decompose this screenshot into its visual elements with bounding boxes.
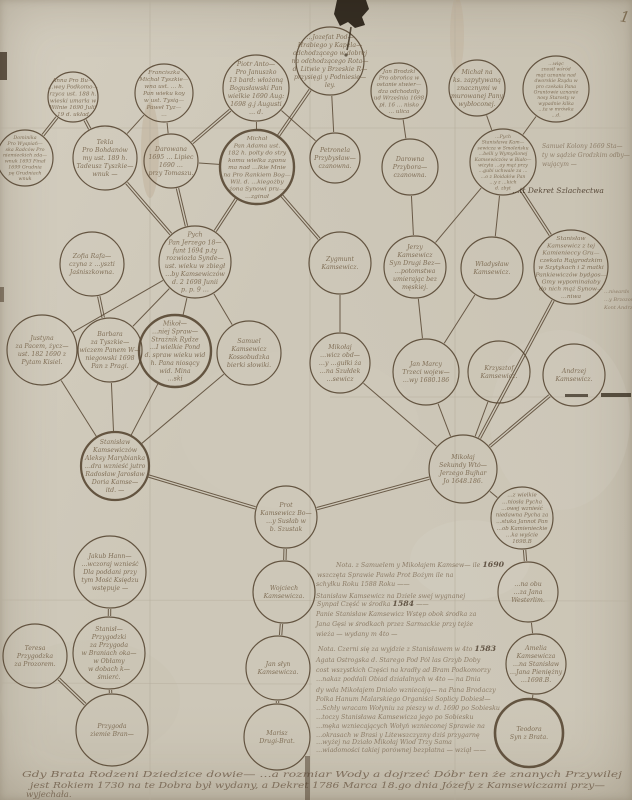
- paragraph-line: dy wda Mikołajem Dniało wzniecają— na Pa…: [316, 687, 496, 694]
- person-text-line: …y Susłab w: [266, 518, 307, 525]
- person-text-line: …owej wznieść: [501, 505, 544, 512]
- double-kinship-line: [42, 117, 56, 135]
- family-tree-diagram: Anna Pro Bu—…wey Podkomo—rzyca ust. 188 …: [0, 0, 632, 800]
- person-node-n15: Zofia Rafa—czyna z …ysztiJaśniszkowna.: [60, 232, 124, 296]
- person-node-n12: PetronelaPrzybysław—czanowna.: [310, 133, 360, 183]
- person-text-line: Pro Wyspiań—: [6, 140, 42, 147]
- margin-note-line: …tt Dekret Szlachectwa: [512, 186, 604, 195]
- person-text-line: odchodzącego w dobrej: [293, 50, 367, 57]
- person-text-line: h. Pana niosący: [151, 360, 200, 367]
- person-text-line: 1699 Grudnia: [8, 164, 42, 170]
- double-kinship-line: [44, 118, 58, 136]
- person-text-line: …: [161, 112, 167, 118]
- person-text-line: ust. wieku w zbiegł: [165, 263, 226, 270]
- person-text-line: Pankiewiczów bydgos—: [534, 271, 606, 278]
- person-node-n35: …z wielkie…niosła Pycha…owej wznieśćnied…: [491, 487, 553, 549]
- person-text-line: pę Grudniach: [9, 170, 42, 176]
- person-text-line: b. Szustak: [270, 526, 303, 533]
- kinship-line: [403, 120, 406, 139]
- person-text-line: d. spraw wieku wid: [145, 352, 206, 359]
- person-text-line: 19 d. układ: [57, 112, 89, 118]
- person-text-line: Kamsewicz Bo—: [259, 510, 311, 517]
- genealogy-manuscript-page: Anna Pro Bu—…wey Podkomo—rzyca ust. 188 …: [0, 0, 632, 800]
- person-node-n11: MichałPan Adama ust.182 h. polty do stry…: [220, 130, 294, 204]
- paragraph-line: Panie Stanisław Kamsewicz Wstęp obok śro…: [315, 611, 477, 618]
- person-text-line: Pro Januszko: [235, 69, 277, 76]
- person-text-line: Marisz: [265, 730, 288, 737]
- person-node-n8: DominikaPro Wyspiań—ska Radców Proniemie…: [0, 130, 53, 186]
- person-text-line: Justyna: [28, 335, 54, 342]
- paragraph-line: …wyżej na Działo Mikołaj Wiod Trzy Sama: [316, 739, 452, 746]
- person-text-line: Syn Drugi Bez—: [389, 260, 440, 267]
- person-text-line: Prot: [278, 502, 293, 509]
- kinship-line: [61, 380, 96, 436]
- paragraph-line: …męka wzniecających Wołyń wznieconej Spr…: [316, 723, 485, 730]
- person-text-line: Pan Jerzego 18—: [167, 239, 221, 246]
- margin-note-line: ty w sądzie Grodzkim odby—: [542, 152, 630, 159]
- paragraph-line: Nota. z Samuelem y Mikołajem Kamsew— ile…: [335, 560, 505, 569]
- person-text-line: 1698 g.j Augusti: [230, 101, 282, 108]
- person-text-line: Barbara: [96, 331, 123, 338]
- person-node-n29: StanisławKamsewiczówAleksy Marybianka…dr…: [81, 432, 149, 500]
- person-text-line: ust. 182 1690 z: [18, 351, 67, 358]
- person-text-line: …ka wyście: [506, 531, 538, 538]
- person-text-line: …wy 1680.186: [403, 377, 450, 384]
- kinship-line: [418, 299, 422, 338]
- paragraph-line: …nakaz poddali Obiad działalnych w 4to —…: [316, 676, 481, 683]
- paragraph-line: Jana Gęsi w środkach przez Sarmackie prz…: [314, 621, 473, 628]
- person-text-line: …d.: [551, 112, 561, 118]
- kinship-line: [127, 115, 144, 133]
- person-node-n18: JerzyKamsewiczSyn Drugi Bez—…potomstwaum…: [384, 236, 446, 298]
- paragraph-line: Agata Ostrogska d. Starego Pod Pól las G…: [315, 657, 481, 664]
- person-text-line: …potomstwa: [395, 268, 436, 275]
- person-text-line: …za Jana: [514, 589, 543, 596]
- person-text-line: Pytam Kisiel.: [20, 359, 62, 366]
- person-node-n16: PychPan Jerzego 18—funt 1694 p.tyrozwioz…: [159, 226, 231, 298]
- kinship-line: [495, 196, 499, 236]
- person-node-n19: WładysławKamsewicz.: [461, 237, 523, 299]
- person-text-line: na odchodzącego Rota—: [292, 58, 369, 65]
- page-number: 1: [619, 7, 632, 26]
- paragraph-line: wieża — wydany m 4to —: [316, 631, 398, 638]
- person-text-line: niegowski 1698: [85, 355, 134, 362]
- person-text-line: Dla poddani przy: [82, 569, 137, 576]
- person-text-line: dworskie Rządu w: [534, 78, 577, 84]
- person-text-line: wielkie 1690 Aug:: [228, 93, 285, 100]
- paragraph-line: Synpał Część w środka 1584 ——: [317, 599, 429, 608]
- double-kinship-line: [522, 190, 551, 235]
- person-text-line: Pan Adama ust.: [233, 143, 281, 149]
- margin-note-line: Samuel Kolony 1669 Sta—: [542, 143, 623, 150]
- person-text-line: Michał: [246, 136, 268, 142]
- person-text-line: d. Litwie y Brzeskie R—: [293, 66, 368, 73]
- margin-note-line: wującym —: [542, 161, 577, 168]
- person-text-line: niemieckich zda—: [3, 153, 47, 159]
- person-node-n32: WojciechKamsewicza.: [253, 561, 315, 623]
- person-node-n10: Darowana1695 … Lipiec1690 …przy Tomaszu.: [144, 134, 198, 188]
- person-text-line: Jerzego Bujhar: [438, 470, 488, 477]
- person-text-line: Kamsewicz.: [473, 269, 511, 276]
- person-text-line: komu wielka zgonu: [228, 158, 286, 164]
- person-text-line: Michał na: [460, 69, 492, 76]
- person-text-line: Anna Pro Bu—: [51, 78, 94, 84]
- person-text-line: …ski: [167, 376, 182, 383]
- paragraph-line: …toczy Stanisława Kamsewicza jego po Sob…: [316, 714, 474, 721]
- person-text-line: ma nad …lkie Mnie: [228, 165, 286, 171]
- kinship-line: [438, 404, 450, 437]
- person-text-line: Teresa: [25, 645, 46, 652]
- person-node-n17: ZygmuntKamsewicz.: [309, 232, 371, 294]
- person-text-line: w Braniach oka—: [82, 650, 137, 657]
- kinship-line: [332, 96, 334, 132]
- person-text-line: znacznymi w: [456, 85, 498, 92]
- person-text-line: rozwiozła Synde—: [166, 255, 223, 262]
- person-text-line: Kamsewicza.: [263, 593, 305, 600]
- kinship-line: [523, 117, 536, 135]
- person-node-n5: Jan BrodzkiPro obrońca wostanie stwier—d…: [371, 63, 427, 119]
- person-text-line: …niej Spraw—: [152, 328, 198, 335]
- person-text-line: Darowna: [395, 156, 425, 163]
- person-text-line: Jo 1648.186.: [441, 478, 483, 485]
- person-text-line: do nich mąż Synow—: [539, 287, 603, 293]
- paragraph-line: wyjechała.: [26, 790, 72, 800]
- person-text-line: za Tyszkie—: [90, 339, 130, 346]
- paragraph-line: …okrasach w Brasi y Litewszczyzny dziś p…: [316, 732, 480, 739]
- person-text-line: …I wielkie Pond: [150, 344, 200, 351]
- person-text-line: Franciszka: [147, 70, 180, 76]
- person-node-n21: Justynaza Pacem, życz—ust. 182 1690 zPyt…: [7, 315, 77, 385]
- paragraph-line: Stanisław Kamsewicz na Dziele swej wygna…: [316, 593, 465, 600]
- person-text-line: Przybysław—: [313, 155, 356, 162]
- person-text-line: Darowana: [154, 146, 187, 153]
- person-text-line: Drugi-Brat.: [258, 738, 295, 745]
- person-text-line: ziemie Bran—: [89, 731, 134, 738]
- person-text-line: Kamsewicza: [516, 653, 556, 660]
- person-text-line: w Obłamy: [93, 658, 125, 665]
- person-text-line: Zofia Rafa—: [72, 253, 111, 260]
- person-text-line: dza odchodziły: [378, 89, 420, 95]
- person-text-line: wizyta …ay mąż przy: [478, 162, 528, 168]
- person-text-line: mąż uznania nad: [536, 72, 576, 78]
- kinship-line: [111, 383, 113, 431]
- person-text-line: Hrabiego y Kapela—: [297, 42, 363, 49]
- person-text-line: Jan Brodzki: [382, 69, 416, 75]
- person-text-line: Kamsewicz: [230, 346, 267, 353]
- person-text-line: Kossobudzka: [228, 354, 270, 361]
- person-node-n13: DarownaPrzybora—czanowna.: [382, 139, 438, 195]
- double-kinship-line: [281, 197, 318, 240]
- person-node-n41: Stanisł—Przygodzkiza Przygodaw Braniach …: [73, 617, 145, 689]
- person-text-line: czanowna.: [318, 163, 351, 170]
- double-kinship-line: [282, 624, 283, 635]
- person-text-line: p. p. 9 …: [181, 287, 209, 294]
- person-text-line: …ta w mrówka: [538, 106, 574, 113]
- double-kinship-line: [214, 198, 235, 230]
- kinship-line: [444, 295, 475, 343]
- person-text-line: Przygodzka: [16, 653, 54, 660]
- person-text-line: ks. zapytywaną: [453, 77, 501, 84]
- person-node-n9: TeklaPro Bohdanówmy ust. 189 h.Tadeusz T…: [73, 126, 137, 190]
- footer-paragraph: Gdy Brata Rodzeni Dziedzice dowie— …a ro…: [22, 769, 623, 800]
- person-text-line: wybłoconej.: [458, 101, 495, 108]
- person-text-line: …zginał: [245, 194, 269, 200]
- kinship-line: [214, 294, 232, 325]
- person-text-line: wnuk 1693 Finał: [5, 159, 46, 165]
- person-text-line: …1698.B.: [521, 677, 551, 684]
- person-text-line: Przygodzki: [91, 634, 127, 641]
- margin-note-line: …niwards: [604, 289, 630, 295]
- person-text-line: …na obu: [514, 581, 542, 588]
- person-node-n6: Michał naks. zapytywanąznacznymi wmurowa…: [449, 60, 505, 116]
- person-node-n7: …więcznosił wśródmąż uznania naddworskie…: [523, 56, 589, 122]
- person-text-line: wnuk —: [92, 171, 117, 178]
- person-text-line: Sekundy Wtó—: [439, 462, 487, 469]
- person-text-line: d. zbyt: [495, 185, 511, 191]
- person-text-line: murowanej Pany: [451, 93, 504, 100]
- person-text-line: …stuka Jannot Pan: [496, 519, 548, 525]
- person-text-line: tym Mość Księdzu: [81, 577, 138, 584]
- double-kinship-line: [191, 109, 229, 142]
- person-text-line: Samuel: [237, 338, 260, 345]
- person-node-n36: …na obu…za JanaWesterlim.: [498, 562, 558, 622]
- person-node-n33: Jan słynKamsewicza.: [246, 636, 310, 700]
- person-text-line: Pan wieku koy: [142, 91, 186, 97]
- paragraph-line: schyłku Roku 1588 Roku ——: [316, 581, 410, 588]
- person-text-line: Aleksy Marybianka: [84, 455, 145, 462]
- person-text-line: za Pacem, życz—: [14, 343, 68, 350]
- person-text-line: Gruntowie uznanie: [534, 89, 579, 95]
- person-node-n37: AmeliaKamsewicza…na Stanisław…Jana Pieni…: [506, 634, 566, 694]
- kinship-line: [167, 123, 168, 133]
- person-text-line: nosy Starosty w: [537, 95, 575, 101]
- person-text-line: …o z Boidałów Pan: [481, 173, 526, 180]
- person-text-line: …Pych: [495, 134, 511, 140]
- person-text-line: Kamsewiczów: [92, 447, 138, 454]
- person-text-line: Pro Bohdanów: [81, 147, 128, 154]
- person-text-line: ud Września 1698: [374, 95, 425, 102]
- paragraph-line: …Schły wracam Wołyniu za pieszy w d. 169…: [316, 705, 500, 712]
- person-text-line: za Prozorem.: [13, 661, 55, 668]
- person-node-n23: Mikoł—…niej Spraw—Strażnik Rydze…I wielk…: [139, 315, 211, 387]
- person-text-line: wnuk: [18, 176, 31, 182]
- person-node-n30: MikołajSekundy Wtó—Jerzego BujharJo 1648…: [429, 435, 497, 503]
- person-text-line: Strażnik Rydze: [151, 336, 199, 343]
- person-text-line: czekała Rajgrodzkim: [540, 258, 603, 264]
- person-text-line: …Jozefat Pod—: [306, 34, 354, 41]
- person-text-line: Jan Marcy: [408, 361, 443, 368]
- person-text-line: wstępuje —: [92, 585, 128, 592]
- margin-note-line: Kont Andrzej: [603, 305, 632, 311]
- person-text-line: d. 2 1698 Junii: [172, 279, 218, 286]
- person-text-line: 1695 … Lipiec: [148, 154, 194, 161]
- person-text-line: Andrzej: [561, 368, 586, 375]
- person-text-line: Stanisław: [100, 439, 131, 446]
- person-text-line: … d.: [249, 109, 263, 116]
- paragraph-line: cost wszystkich Części na kradły ad Bram…: [316, 667, 491, 674]
- paragraph-line: …wiadomości takiej porównej bezpłatna — …: [316, 747, 487, 754]
- person-text-line: przy Tomaszu.: [149, 170, 194, 177]
- margin-note-line: …y Brzozow: [604, 297, 632, 303]
- double-kinship-line: [179, 188, 188, 226]
- person-text-line: Wil. d. …kiegożby: [230, 180, 284, 186]
- person-text-line: Gmy wypominałaby: [542, 280, 601, 286]
- person-text-line: …wczoraj wznieść: [81, 561, 139, 568]
- kinship-line: [436, 188, 482, 242]
- person-node-n39: Jakub Hann—…wczoraj wznieśćDla poddani p…: [74, 536, 146, 608]
- person-text-line: Jan słyn: [264, 661, 291, 668]
- person-text-line: itd. —: [106, 487, 125, 494]
- person-node-n1: Anna Pro Bu—…wey Podkomo—rzyca ust. 188 …: [48, 72, 99, 122]
- person-text-line: czyna z …yszti: [69, 261, 115, 268]
- person-text-line: żona Synowi pru—: [228, 187, 285, 193]
- person-text-line: Wojciech: [270, 585, 298, 592]
- person-text-line: śmierć.: [97, 674, 120, 681]
- person-text-line: męskiej.: [402, 284, 428, 291]
- person-text-line: Doria Kamse—: [91, 479, 138, 486]
- person-text-line: Kamsewicz.: [480, 373, 518, 380]
- person-text-line: Teodora: [516, 726, 542, 733]
- person-text-line: wypadnie kilka: [538, 101, 574, 107]
- person-text-line: za Przygoda: [89, 642, 128, 649]
- person-text-line: Dominika: [12, 135, 36, 141]
- person-text-line: niedawna Pycha za: [496, 513, 549, 519]
- person-text-line: Radosław Jarosław: [84, 471, 145, 478]
- person-node-n26: Jan MarcyTrzeci wojew—…wy 1680.186: [393, 339, 459, 405]
- person-text-line: Mikoł—: [162, 321, 187, 328]
- person-text-line: wiczem Panem W—: [79, 347, 140, 354]
- person-text-line: Zygmunt: [325, 256, 355, 263]
- person-text-line: ostanie stwier—: [377, 82, 422, 88]
- person-text-line: w dobach k—: [88, 666, 130, 673]
- kinship-line: [199, 163, 219, 164]
- person-text-line: Petronela: [319, 147, 350, 154]
- person-text-line: Stanisł—: [95, 626, 123, 633]
- person-text-line: pł. 16 … nisko: [379, 102, 419, 108]
- double-kinship-line: [283, 195, 320, 238]
- person-text-line: 182 h. polty do stry: [228, 151, 287, 157]
- person-node-n20: StanisławKamsewicz z tejKamienieccy Gru—…: [534, 230, 608, 304]
- double-kinship-line: [193, 111, 231, 144]
- person-text-line: …na Stanisław: [513, 661, 560, 668]
- person-text-line: Pan z Pragi.: [90, 363, 129, 370]
- person-text-line: Stanisław: [556, 236, 585, 242]
- person-text-line: 1690 …: [159, 162, 183, 169]
- person-text-line: Mikołaj: [327, 344, 351, 351]
- kinship-line: [183, 298, 187, 315]
- person-text-line: Michał Tyszkie—: [138, 77, 188, 83]
- person-text-line: …dra wznieść jutro: [85, 463, 146, 470]
- person-text-line: Amelia: [524, 645, 547, 652]
- person-text-line: Wilnie 1690 Julii: [50, 105, 97, 111]
- paragraph-line: jest Rokiem 1730 na te Dobra był wydany,…: [27, 780, 605, 791]
- person-text-line: 1698.B: [512, 539, 532, 545]
- person-text-line: rzyca ust. 188 h.: [49, 92, 96, 98]
- person-text-line: …Jana Pieniężny: [510, 669, 563, 676]
- person-text-line: Kamsewicz.: [321, 264, 359, 271]
- kinship-line: [531, 623, 532, 633]
- person-text-line: funt 1694 p.ty: [172, 247, 218, 254]
- person-text-line: umierając bez: [393, 276, 438, 283]
- paragraph-line: Nota. Czerni się za wyjdzie z Stanisławe…: [317, 644, 497, 653]
- person-text-line: …wicz obd—: [320, 352, 360, 359]
- person-text-line: czanowna.: [393, 172, 426, 179]
- person-text-line: Tekla: [97, 139, 114, 146]
- paragraph-line: Gdy Brata Rodzeni Dziedzice dowie— …a ro…: [22, 769, 623, 780]
- person-text-line: …gubi uchwale za …: [478, 168, 527, 174]
- person-text-line: przysięgi y Podniesie—: [294, 74, 366, 81]
- person-text-line: …belli y Wymyślonej: [479, 150, 528, 157]
- person-node-n2: FranciszkaMichał Tyszkie—wna ust. … h.Pa…: [135, 64, 193, 122]
- person-node-n38: TeodoraSyn z Brata.: [495, 699, 563, 767]
- person-text-line: na Pro Rankiem Bog—: [223, 172, 290, 178]
- person-text-line: …na Szułdek: [320, 368, 361, 375]
- person-text-line: wna ust. … h.: [144, 84, 184, 90]
- double-kinship-line: [176, 189, 185, 227]
- person-text-line: …by Kamsewiczów: [165, 271, 225, 278]
- person-text-line: pro czekała Pana: [536, 84, 576, 90]
- person-text-line: Kamsewiczów w Biało—: [474, 156, 532, 163]
- person-text-line: Westerlim.: [511, 597, 545, 604]
- person-node-n4: …Jozefat Pod—Hrabiego y Kapela—odchodząc…: [292, 27, 369, 95]
- person-node-n34: MariszDrugi-Brat.: [244, 704, 310, 770]
- person-text-line: Paweł Tyz—: [146, 105, 182, 111]
- person-text-line: Kamienieccy Gru—: [541, 251, 599, 257]
- double-kinship-line: [520, 191, 549, 236]
- person-text-line: Władysław: [475, 261, 509, 268]
- person-text-line: …z wielkie: [507, 493, 537, 499]
- person-text-line: …y …gułki ża: [319, 360, 362, 367]
- person-node-n3: Piotr Anto—Pro Januszko13 bard: włożonąB…: [223, 55, 289, 121]
- person-text-line: wieski umarła w: [50, 98, 97, 104]
- person-text-line: wid. Mina: [159, 368, 190, 375]
- person-text-line: w Szytykach i 2 matki: [538, 265, 604, 271]
- person-text-line: sewicza w Smoleńsku: [477, 144, 528, 151]
- person-text-line: Stanisława Kam—: [482, 140, 525, 146]
- person-text-line: …niosła Pycha: [502, 499, 542, 505]
- double-kinship-line: [216, 199, 237, 231]
- person-text-line: w ust. Tysią—: [144, 98, 185, 104]
- person-text-line: …więc: [548, 61, 564, 67]
- person-text-line: …ob Kamienieckie: [497, 526, 548, 532]
- person-text-line: Pych: [186, 232, 202, 239]
- person-text-line: Tadeusz Tyszkie—: [77, 163, 134, 170]
- person-text-line: Kamsewicz z tej: [546, 243, 595, 249]
- double-kinship-line: [279, 624, 280, 635]
- person-text-line: ley.: [325, 82, 335, 89]
- person-text-line: Jerzy: [405, 244, 423, 251]
- person-text-line: 13 bard: włożoną: [229, 77, 283, 84]
- paragraph-line: Polka Hanum Malarskiego Organiści Soplic…: [315, 696, 491, 703]
- person-text-line: bierki słowiki.: [227, 362, 271, 369]
- kinship-line: [490, 491, 497, 497]
- person-text-line: Jaśniszkowna.: [68, 269, 114, 276]
- person-text-line: …niwa: [561, 294, 582, 300]
- person-node-n22: Barbaraza Tyszkie—wiczem Panem W—niegows…: [78, 318, 142, 382]
- person-text-line: …sewicz: [326, 376, 354, 383]
- person-text-line: Syn z Brata.: [510, 734, 548, 741]
- paragraph-line: wszczęta Sprawie Pawła Prot Bożym ile na: [317, 572, 454, 579]
- person-text-line: …y z …kich: [489, 180, 516, 186]
- person-text-line: …wey Podkomo—: [48, 85, 99, 91]
- person-text-line: Kamsewicza.: [257, 669, 299, 676]
- double-kinship-line: [98, 297, 102, 318]
- person-text-line: znosił wśród: [540, 66, 571, 73]
- person-text-line: my ust. 189 h.: [83, 155, 128, 162]
- person-text-line: Przybora—: [392, 164, 427, 171]
- person-text-line: … ulica: [389, 109, 410, 115]
- person-text-line: Krzysztof: [483, 365, 515, 372]
